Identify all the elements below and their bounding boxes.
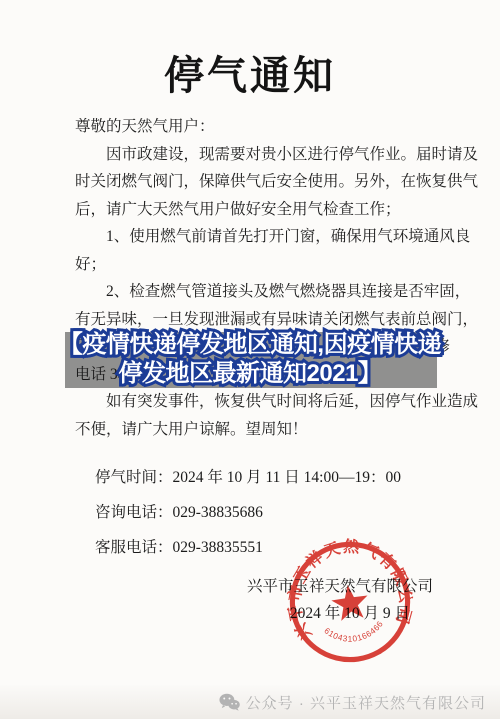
watermark-text: 公众号 · 兴平玉祥天然气有限公司 <box>246 692 486 713</box>
service-phone: 客服电话：029-38835551 <box>95 530 401 565</box>
body-line: 如有突发事件，恢复供气时间将后延，因停气作业造成 <box>75 388 440 416</box>
body-line: 2、检查燃气管道接头及燃气燃烧器具连接是否牢固， <box>75 278 440 306</box>
notice-info-block: 停气时间：2024 年 10 月 11 日 14:00—19：00 咨询电话：0… <box>95 460 401 565</box>
body-line: 因市政建设，现需要对贵小区进行停气作业。届时请及 <box>75 141 440 169</box>
salutation: 尊敬的天然气用户： <box>75 113 440 141</box>
body-line: 时关闭燃气阀门，保障供气后安全使用。另外，在恢复供气 <box>75 168 440 196</box>
shutoff-time: 停气时间：2024 年 10 月 11 日 14:00—19：00 <box>95 460 401 495</box>
body-line: 后，请广大天然气用户做好安全用气检查工作； <box>75 196 440 224</box>
body-line: 有无异味，一旦发现泄漏或有异味请关闭燃气表前总阀门， <box>75 306 440 334</box>
notice-body: 尊敬的天然气用户： 因市政建设，现需要对贵小区进行停气作业。届时请及 时关闭燃气… <box>75 113 440 443</box>
signature-date: 2024 年 10 月 9 日 <box>230 601 470 623</box>
body-line: 1、使用燃气前请首先打开门窗，确保用气环境通风良 <box>75 223 440 251</box>
notice-title: 停气通知 <box>0 52 500 100</box>
notice-page: 停气通知 尊敬的天然气用户： 因市政建设，现需要对贵小区进行停气作业。届时请及 … <box>0 0 500 719</box>
watermark-footer: 公众号 · 兴平玉祥天然气有限公司 <box>0 685 500 719</box>
body-line: 不便，请广大用户谅解。望周知！ <box>75 416 440 444</box>
signature-company: 兴平市玉祥天然气有限公司 <box>230 574 450 596</box>
overlay-headline: 【疫情快递停发地区通知,因疫情快递 【疫情快递停发地区通知,因疫情快递 停发地区… <box>0 330 500 388</box>
inquiry-phone: 咨询电话：029-38835686 <box>95 495 401 530</box>
body-line: 好； <box>75 251 440 279</box>
wechat-icon <box>219 693 240 711</box>
headline-line2: 停发地区最新通知2021】 <box>119 360 382 387</box>
headline-line1: 【疫情快递停发地区通知,因疫情快递 <box>59 331 441 358</box>
